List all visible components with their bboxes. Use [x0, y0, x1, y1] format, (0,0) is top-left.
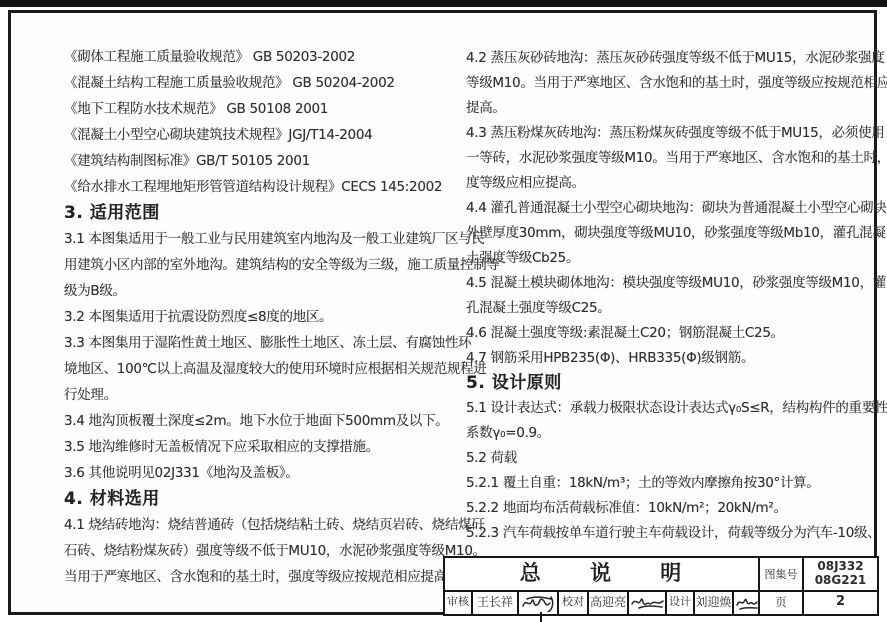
text-line: 行处理。: [64, 382, 468, 408]
title-block-row-people: 审核 王长祥 校对 高迎亮 设计 刘迎焕 页 2: [445, 592, 877, 614]
reviewer-signature: [519, 592, 559, 614]
text-line: 《砌体工程施工质量验收规范》 GB 50203-2002: [64, 44, 468, 70]
text-line: 3.2 本图集适用于抗震设防烈度≤8度的地区。: [64, 304, 468, 330]
text-line: 境地区、100℃以上高温及湿度较大的使用环境时应根据相关规范规程进: [64, 356, 468, 382]
text-line: 度等级应相应提高。: [466, 171, 870, 196]
right-text-column: 4.2 蒸压灰砂砖地沟：蒸压灰砂砖强度等级不低于MU15，水泥砂浆强度等级M10…: [466, 46, 870, 546]
text-line: 5.2.2 地面均布活荷载标准值：10kN/m²；20kN/m²。: [466, 496, 870, 521]
atlas-number-value: 08J332 08G221: [804, 558, 877, 590]
text-line: 一等砖，水泥砂浆强度等级M10。当用于严寒地区、含水饱和的基土时，强: [466, 146, 870, 171]
reviewer-name: 王长祥: [473, 592, 519, 614]
text-line: 3.5 地沟维修时无盖板情况下应采取相应的支撑措施。: [64, 434, 468, 460]
designer-name: 刘迎焕: [695, 592, 734, 614]
section-heading: 5. 设计原则: [466, 371, 870, 396]
text-line: 3.4 地沟顶板覆土深度≤2m。地下水位于地面下500mm及以下。: [64, 408, 468, 434]
proofreader-signature: [629, 592, 667, 614]
proofreader-name: 高迎亮: [589, 592, 629, 614]
text-line: 《混凝土小型空心砌块建筑技术规程》JGJ/T14-2004: [64, 122, 468, 148]
text-line: 孔混凝土强度等级C25。: [466, 296, 870, 321]
text-line: 5.2.1 覆土自重：18kN/m³；土的等效内摩擦角按30°计算。: [466, 471, 870, 496]
sheet-title: 总 说 明: [445, 558, 760, 590]
text-line: 《给水排水工程埋地矩形管管道结构设计规程》CECS 145:2002: [64, 174, 468, 200]
text-line: 《混凝土结构工程施工质量验收规范》 GB 50204-2002: [64, 70, 468, 96]
text-line: 级为B级。: [64, 278, 468, 304]
text-line: 用建筑小区内部的室外地沟。建筑结构的安全等级为三级，施工质量控制等: [64, 252, 468, 278]
proofreader-label: 校对: [559, 592, 589, 614]
text-line: 4.5 混凝土模块砌体地沟：模块强度等级MU10，砂浆强度等级M10，灌: [466, 271, 870, 296]
text-line: 土强度等级Cb25。: [466, 246, 870, 271]
signature-scribble-icon: [520, 594, 558, 612]
text-line: 系数γ₀=0.9。: [466, 421, 870, 446]
text-line: 等级M10。当用于严寒地区、含水饱和的基土时，强度等级应按规范相应: [466, 71, 870, 96]
text-line: 提高。: [466, 96, 870, 121]
page-number: 2: [804, 592, 877, 614]
text-line: 外壁厚度30mm，砌块强度等级MU10，砂浆强度等级Mb10，灌孔混凝: [466, 221, 870, 246]
title-block-row-title: 总 说 明 图集号 08J332 08G221: [445, 558, 877, 592]
atlas-number-line2: 08G221: [804, 573, 877, 587]
atlas-number-label: 图集号: [760, 558, 804, 590]
section-heading: 4. 材料选用: [64, 486, 468, 512]
text-line: 4.7 钢筋采用HPB235(Φ)、HRB335(Φ)级钢筋。: [466, 346, 870, 371]
text-line: 4.2 蒸压灰砂砖地沟：蒸压灰砂砖强度等级不低于MU15，水泥砂浆强度: [466, 46, 870, 71]
text-line: 3.1 本图集适用于一般工业与民用建筑室内地沟及一般工业建筑厂区与民: [64, 226, 468, 252]
text-line: 3.6 其他说明见02J331《地沟及盖板》。: [64, 460, 468, 486]
reviewer-label: 审核: [445, 592, 473, 614]
atlas-number-line1: 08J332: [804, 559, 877, 573]
text-line: 4.3 蒸压粉煤灰砖地沟：蒸压粉煤灰砖强度等级不低于MU15，必须使用: [466, 121, 870, 146]
text-line: 4.4 灌孔普通混凝土小型空心砌块地沟：砌块为普通混凝土小型空心砌块，: [466, 196, 870, 221]
text-line: 3.3 本图集用于湿陷性黄土地区、膨胀性土地区、冻土层、有腐蚀性环: [64, 330, 468, 356]
text-line: 4.6 混凝土强度等级:素混凝土C20；钢筋混凝土C25。: [466, 321, 870, 346]
signature-scribble-icon: [630, 594, 666, 612]
text-line: 《建筑结构制图标准》GB/T 50105 2001: [64, 148, 468, 174]
scan-artifact-mark: [540, 612, 542, 622]
text-line: 《地下工程防水技术规范》 GB 50108 2001: [64, 96, 468, 122]
text-line: 5.2.3 汽车荷载按单车道行驶主车荷载设计，荷载等级分为汽车-10级、: [466, 521, 870, 546]
title-block: 总 说 明 图集号 08J332 08G221 审核 王长祥 校对 高迎亮: [443, 556, 879, 616]
text-line: 4.1 烧结砖地沟：烧结普通砖（包括烧结粘土砖、烧结页岩砖、烧结煤矸: [64, 512, 468, 538]
page-label: 页: [760, 592, 804, 614]
document-page: 《砌体工程施工质量验收规范》 GB 50203-2002《混凝土结构工程施工质量…: [0, 0, 887, 622]
text-line: 5.2 荷载: [466, 446, 870, 471]
left-text-column: 《砌体工程施工质量验收规范》 GB 50203-2002《混凝土结构工程施工质量…: [64, 44, 468, 590]
text-line: 石砖、烧结粉煤灰砖）强度等级不低于MU10，水泥砂浆强度等级M10。: [64, 538, 468, 564]
designer-signature: [734, 592, 760, 614]
section-heading: 3. 适用范围: [64, 200, 468, 226]
text-line: 5.1 设计表达式：承载力极限状态设计表达式γ₀S≤R，结构构件的重要性: [466, 396, 870, 421]
signature-scribble-icon: [735, 594, 759, 612]
designer-label: 设计: [667, 592, 695, 614]
text-line: 当用于严寒地区、含水饱和的基土时，强度等级应按规范相应提高。: [64, 564, 468, 590]
scan-top-edge: [0, 0, 887, 7]
